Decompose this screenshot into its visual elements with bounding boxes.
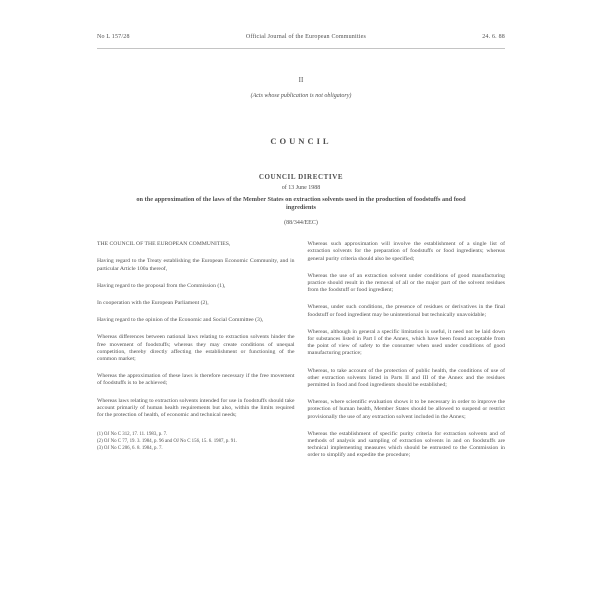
- section-mark: II: [97, 76, 505, 84]
- preamble-paragraph: Whereas laws relating to extraction solv…: [97, 398, 295, 420]
- journal-issue-number: No L 157/28: [97, 34, 130, 40]
- journal-title: Official Journal of the European Communi…: [130, 34, 483, 40]
- preamble-paragraph: Whereas the use of an extraction solvent…: [308, 273, 506, 295]
- body-columns: THE COUNCIL OF THE EUROPEAN COMMUNITIES,…: [97, 241, 505, 469]
- section-note: (Acts whose publication is not obligator…: [97, 93, 505, 99]
- act-date: of 13 June 1988: [97, 185, 505, 191]
- act-subject: on the approximation of the laws of the …: [136, 196, 466, 211]
- page-margins: No L 157/28 Official Journal of the Euro…: [0, 0, 600, 470]
- footnote: (2) OJ No C 77, 19. 3. 1984, p. 96 and O…: [97, 439, 295, 445]
- preamble-paragraph: In cooperation with the European Parliam…: [97, 300, 295, 307]
- right-column: Whereas such approximation will involve …: [308, 241, 506, 469]
- footnote: (3) OJ No C 206, 6. 8. 1984, p. 7.: [97, 446, 295, 452]
- preamble-paragraph: Having regard to the proposal from the C…: [97, 283, 295, 290]
- institution-heading: COUNCIL: [97, 136, 505, 146]
- footnote: (1) OJ No C 312, 17. 11. 1983, p. 7.: [97, 432, 295, 438]
- document-page: No L 157/28 Official Journal of the Euro…: [0, 0, 600, 600]
- preamble-paragraph: Whereas, to take account of the protecti…: [308, 368, 506, 390]
- preamble-paragraph: Having regard to the opinion of the Econ…: [97, 317, 295, 324]
- preamble-paragraph: Whereas differences between national law…: [97, 334, 295, 363]
- left-column: THE COUNCIL OF THE EUROPEAN COMMUNITIES,…: [97, 241, 295, 469]
- preamble-opening: THE COUNCIL OF THE EUROPEAN COMMUNITIES,: [97, 241, 295, 248]
- preamble-paragraph: Whereas, where scientific evaluation sho…: [308, 399, 506, 421]
- preamble-paragraph: Whereas, under such conditions, the pres…: [308, 304, 506, 318]
- act-number: (88/344/EEC): [97, 220, 505, 226]
- footnotes-block: (1) OJ No C 312, 17. 11. 1983, p. 7. (2)…: [97, 432, 295, 452]
- act-title-block: COUNCIL DIRECTIVE of 13 June 1988 on the…: [97, 173, 505, 226]
- preamble-paragraph: Whereas, although in general a specific …: [308, 329, 506, 358]
- journal-header: No L 157/28 Official Journal of the Euro…: [97, 34, 505, 49]
- preamble-paragraph: Having regard to the Treaty establishing…: [97, 258, 295, 272]
- preamble-paragraph: Whereas the establishment of specific pu…: [308, 431, 506, 460]
- journal-date: 24. 6. 88: [482, 34, 505, 40]
- preamble-paragraph: Whereas the approximation of these laws …: [97, 373, 295, 387]
- act-type: COUNCIL DIRECTIVE: [97, 173, 505, 181]
- preamble-paragraph: Whereas such approximation will involve …: [308, 241, 506, 263]
